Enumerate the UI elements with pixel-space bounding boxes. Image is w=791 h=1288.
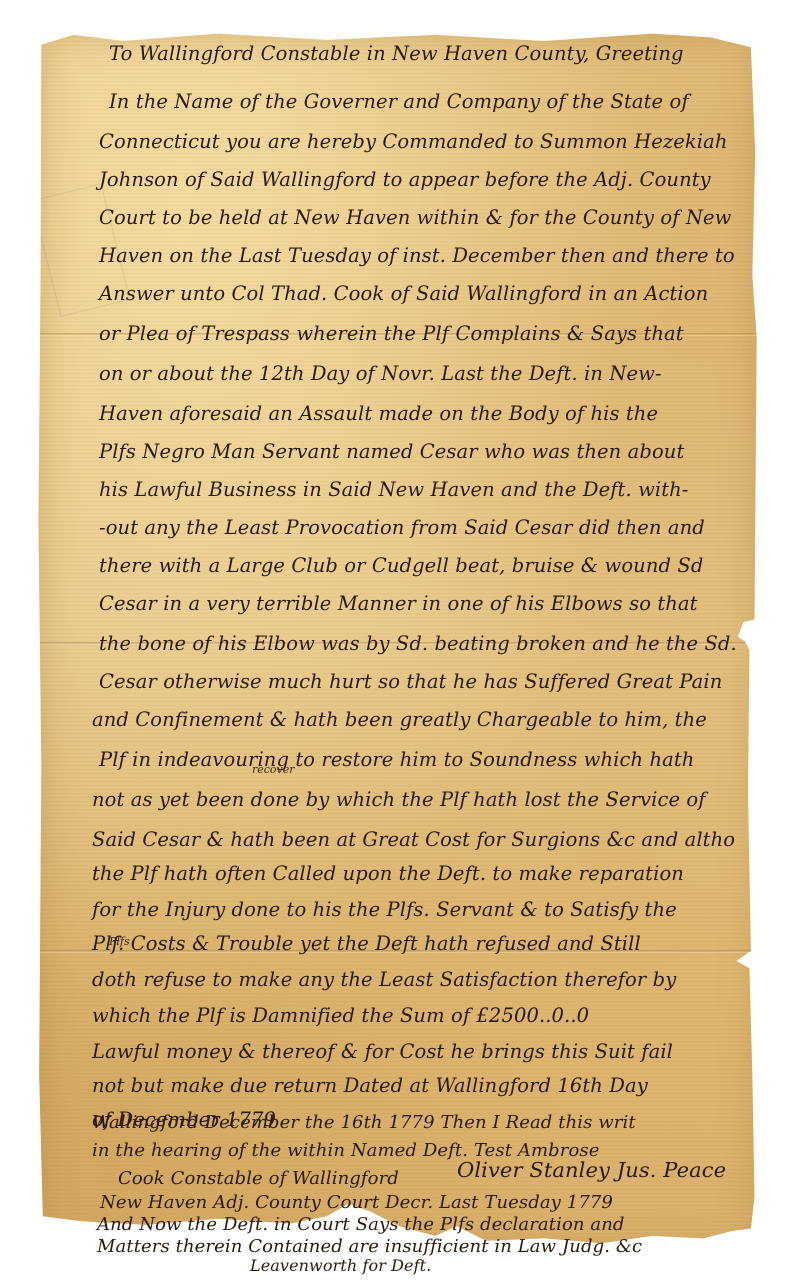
justice-signature: Oliver Stanley Jus. Peace [457,1158,726,1182]
writ-line: In the Name of the Governer and Company … [109,90,689,113]
scan-background: To Wallingford Constable in New Haven Co… [0,0,791,1288]
writ-line: Plfs Negro Man Servant named Cesar who w… [99,440,684,463]
writ-line: Haven aforesaid an Assault made on the B… [99,402,658,425]
writ-line: not but make due return Dated at Walling… [92,1074,648,1097]
writ-line: Answer unto Col Thad. Cook of Said Walli… [99,282,708,305]
writ-line: Plf in indeavouring to restore him to So… [99,748,694,771]
writ-line: Plf. Costs & Trouble yet the Deft hath r… [92,932,641,955]
writ-line: Cesar in a very terrible Manner in one o… [99,592,698,615]
writ-line: not as yet been done by which the Plf ha… [92,788,706,811]
writ-line: on or about the 12th Day of Novr. Last t… [99,362,662,385]
writ-line: there with a Large Club or Cudgell beat,… [99,554,703,577]
writ-line: for the Injury done to his the Plfs. Ser… [92,898,677,921]
writ-line: Cesar otherwise much hurt so that he has… [99,670,722,693]
writ-line: of December 1779 [92,1108,276,1131]
writ-line: doth refuse to make any the Least Satisf… [92,968,676,991]
writ-line: Lawful money & thereof & for Cost he bri… [92,1040,673,1063]
writ-line: Haven on the Last Tuesday of inst. Decem… [99,244,735,267]
writ-line: -out any the Least Provocation from Said… [99,516,705,539]
manuscript-page: To Wallingford Constable in New Haven Co… [37,30,761,1258]
writ-line: Court to be held at New Haven within & f… [99,206,731,229]
writ-line: To Wallingford Constable in New Haven Co… [109,42,684,65]
writ-line: and Confinement & hath been greatly Char… [92,708,707,731]
writ-line: the bone of his Elbow was by Sd. beating… [99,632,737,655]
writ-line: the Plf hath often Called upon the Deft.… [92,862,684,885]
writ-line: Connecticut you are hereby Commanded to … [99,130,727,153]
writ-line: Johnson of Said Wallingford to appear be… [99,168,711,191]
writ-line: his Lawful Business in Said New Haven an… [99,478,689,501]
writ-line: which the Plf is Damnified the Sum of £2… [92,1004,589,1027]
writ-line: or Plea of Trespass wherein the Plf Comp… [99,322,684,345]
writ-line: Said Cesar & hath been at Great Cost for… [92,828,735,851]
